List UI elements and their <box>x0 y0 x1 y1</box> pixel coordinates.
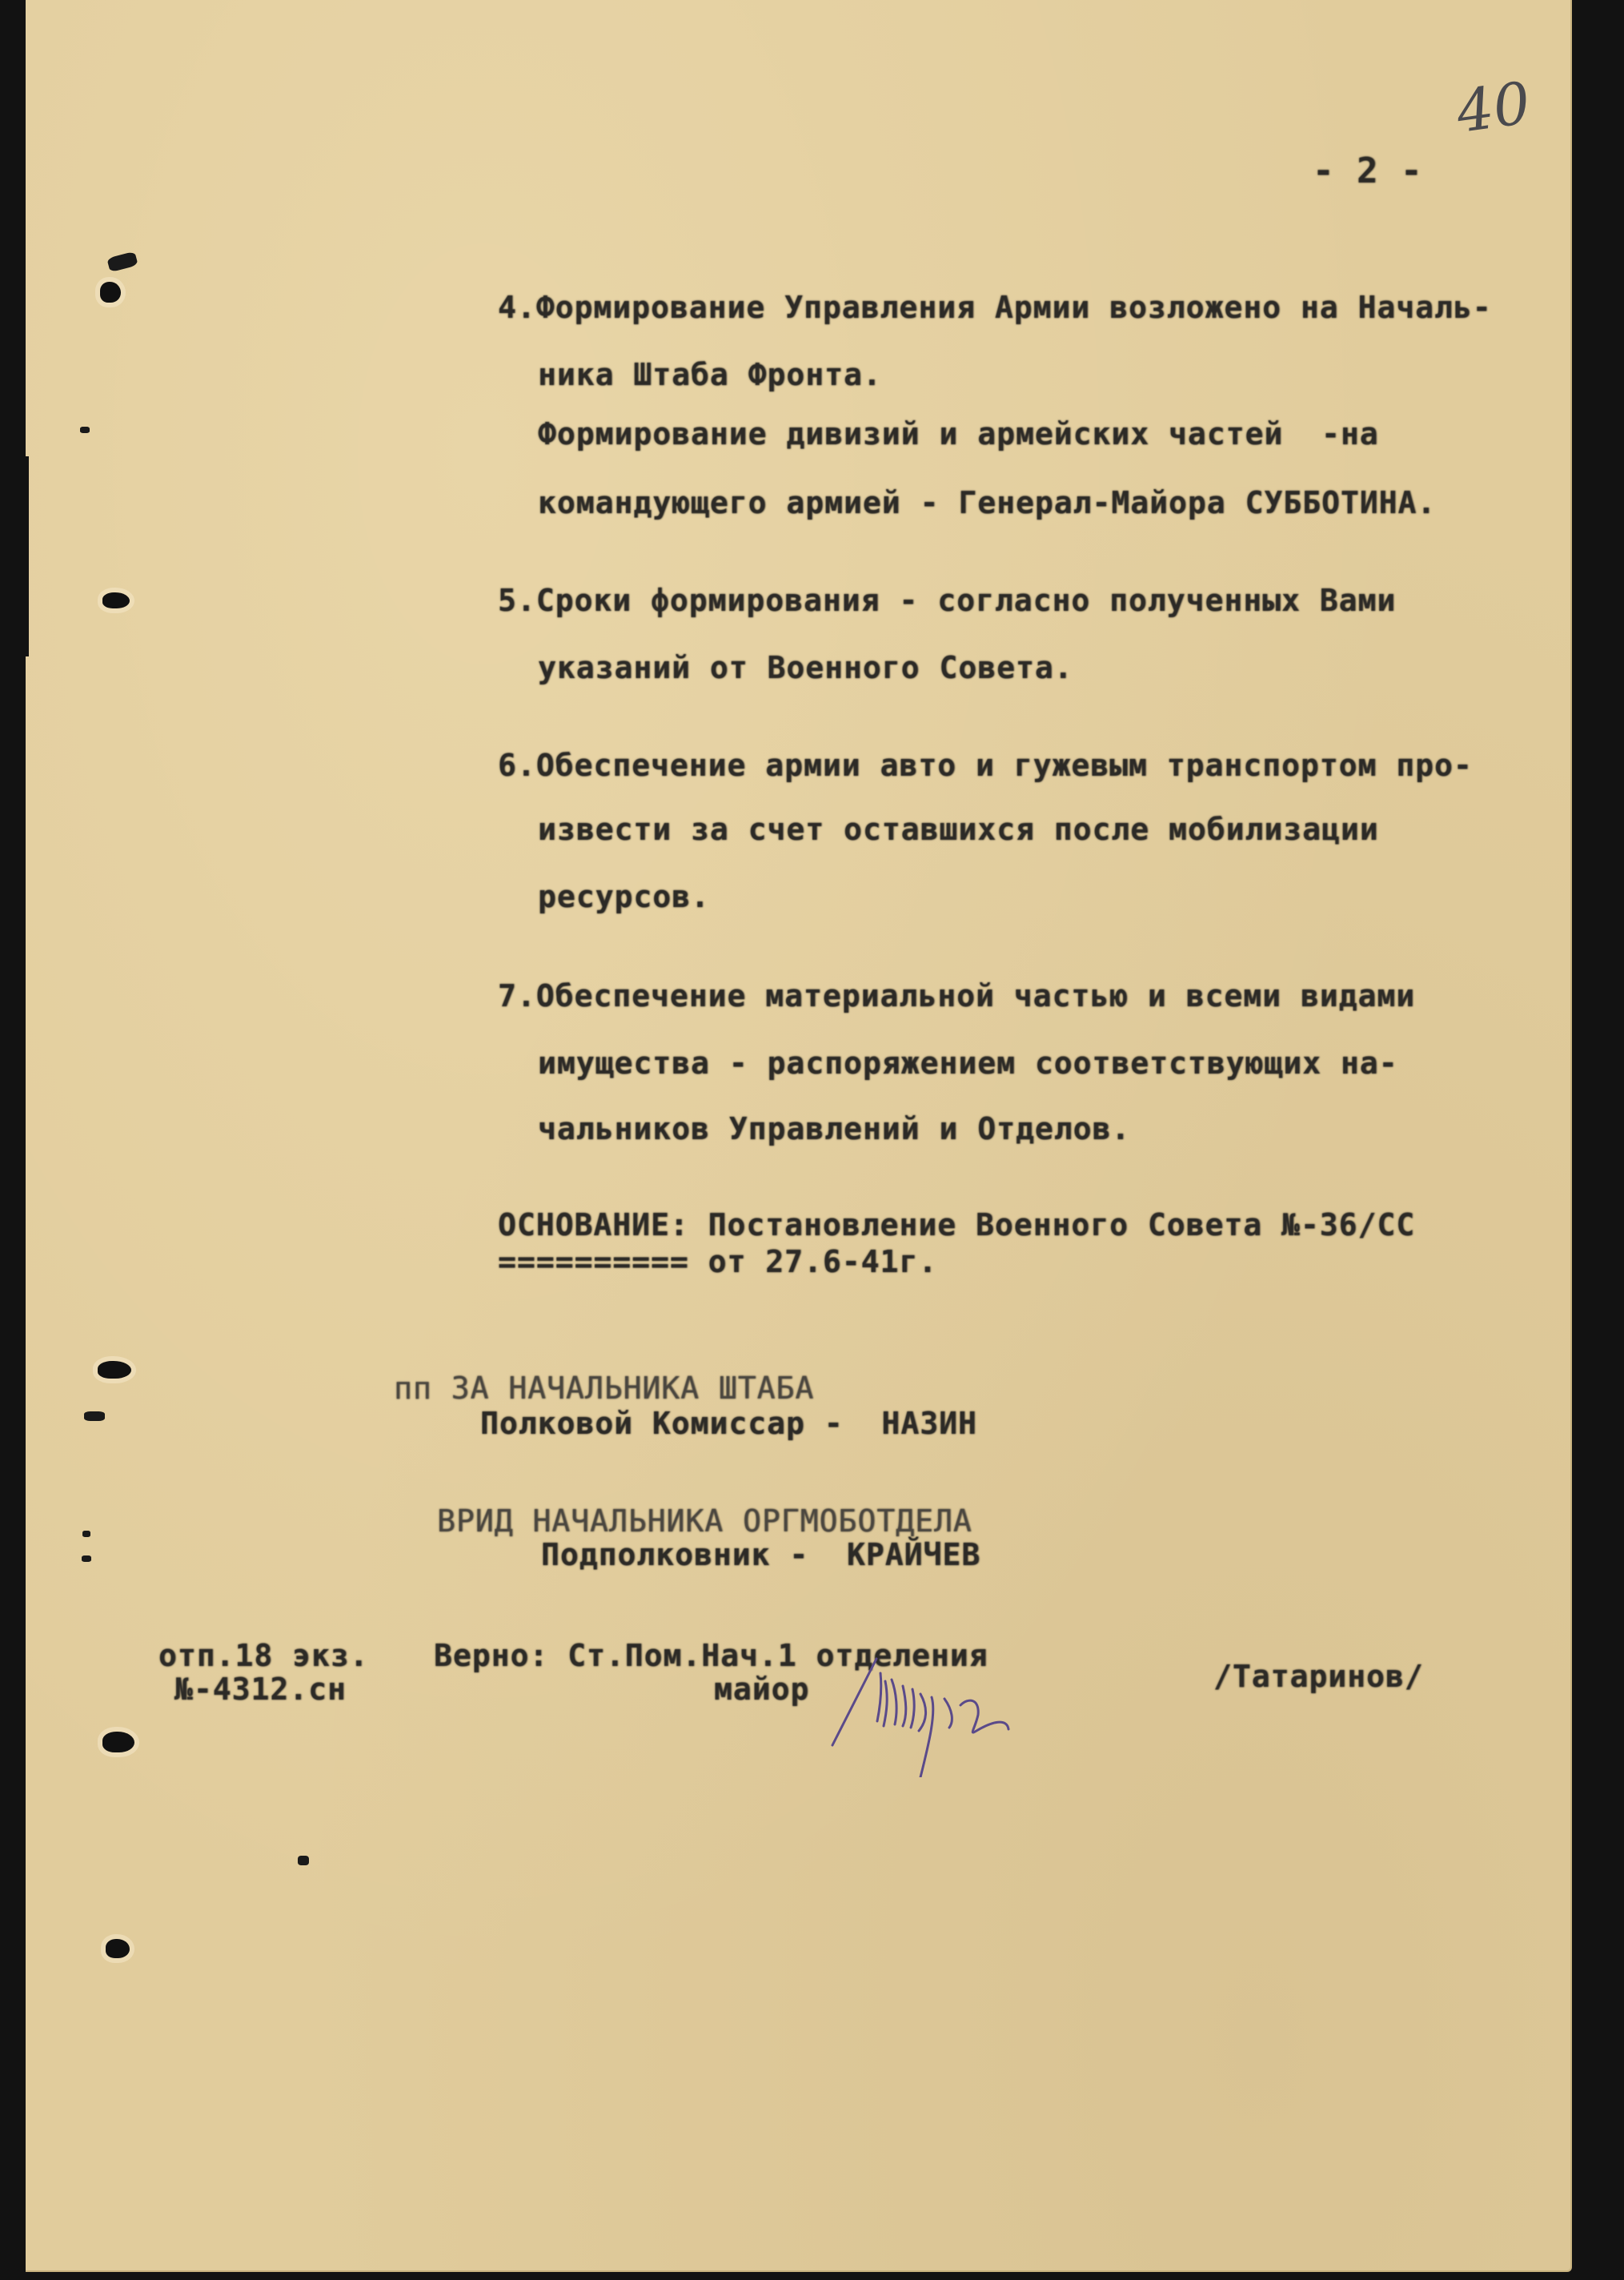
certified-rank: майор <box>714 1672 809 1707</box>
paper-nick <box>82 1555 91 1562</box>
signature-2-name: Подполковник - КРАЙЧЕВ <box>541 1537 980 1572</box>
paragraph-7-line-3: чальников Управлений и Отделов. <box>538 1111 1130 1146</box>
paragraph-5-line-2: указаний от Военного Совета. <box>538 650 1073 685</box>
page-number: - 2 - <box>1313 151 1422 191</box>
paragraph-4-line-2: ника Штаба Фронта. <box>538 357 882 392</box>
paragraph-7-line-2: имущества - распоряжением соответствующи… <box>538 1046 1398 1081</box>
outgoing-number: №-4312.сн <box>174 1672 347 1707</box>
signature-1-title: пп ЗА НАЧАЛЬНИКА ШТАБА <box>394 1371 814 1406</box>
binder-hole <box>106 1939 130 1958</box>
torn-edge <box>0 0 26 2280</box>
signature-1-name: Полковой Комиссар - НАЗИН <box>480 1406 977 1441</box>
paragraph-6-line-1: 6.Обеспечение армии авто и гужевым транс… <box>498 748 1473 783</box>
certifier-name: /Татаринов/ <box>1213 1659 1424 1694</box>
handwritten-sheet-number: 40 <box>1453 69 1534 146</box>
paragraph-5-line-1: 5.Сроки формирования - согласно полученн… <box>498 583 1396 618</box>
paper-nick <box>80 427 90 433</box>
paper-nick <box>82 1531 90 1537</box>
paragraph-6-line-2: извести за счет оставшихся после мобилиз… <box>538 812 1379 847</box>
binder-hole <box>102 592 130 608</box>
paragraph-4-line-3: Формирование дивизий и армейских частей … <box>538 416 1379 452</box>
paragraph-6-line-3: ресурсов. <box>538 879 710 914</box>
paragraph-4-line-4: командующего армией - Генерал-Майора СУБ… <box>538 485 1436 520</box>
signature-2-title: ВРИД НАЧАЛЬНИКА ОРГМОБОТДЕЛА <box>437 1503 972 1539</box>
binder-hole <box>98 1361 131 1379</box>
basis-line-1: ОСНОВАНИЕ: Постановление Военного Совета… <box>498 1207 1415 1242</box>
binder-hole <box>102 1732 134 1752</box>
copies-count: отп.18 экз. <box>158 1638 369 1673</box>
handwritten-signature-icon <box>808 1641 1073 1777</box>
paper-nick <box>84 1411 105 1421</box>
paragraph-4-line-1: 4.Формирование Управления Армии возложен… <box>498 290 1492 325</box>
torn-edge <box>0 624 24 721</box>
paragraph-7-line-1: 7.Обеспечение материальной частью и всем… <box>498 978 1415 1014</box>
binder-hole <box>100 282 121 303</box>
basis-line-2: ========== от 27.6-41г. <box>498 1244 937 1279</box>
paper-nick <box>298 1856 309 1865</box>
